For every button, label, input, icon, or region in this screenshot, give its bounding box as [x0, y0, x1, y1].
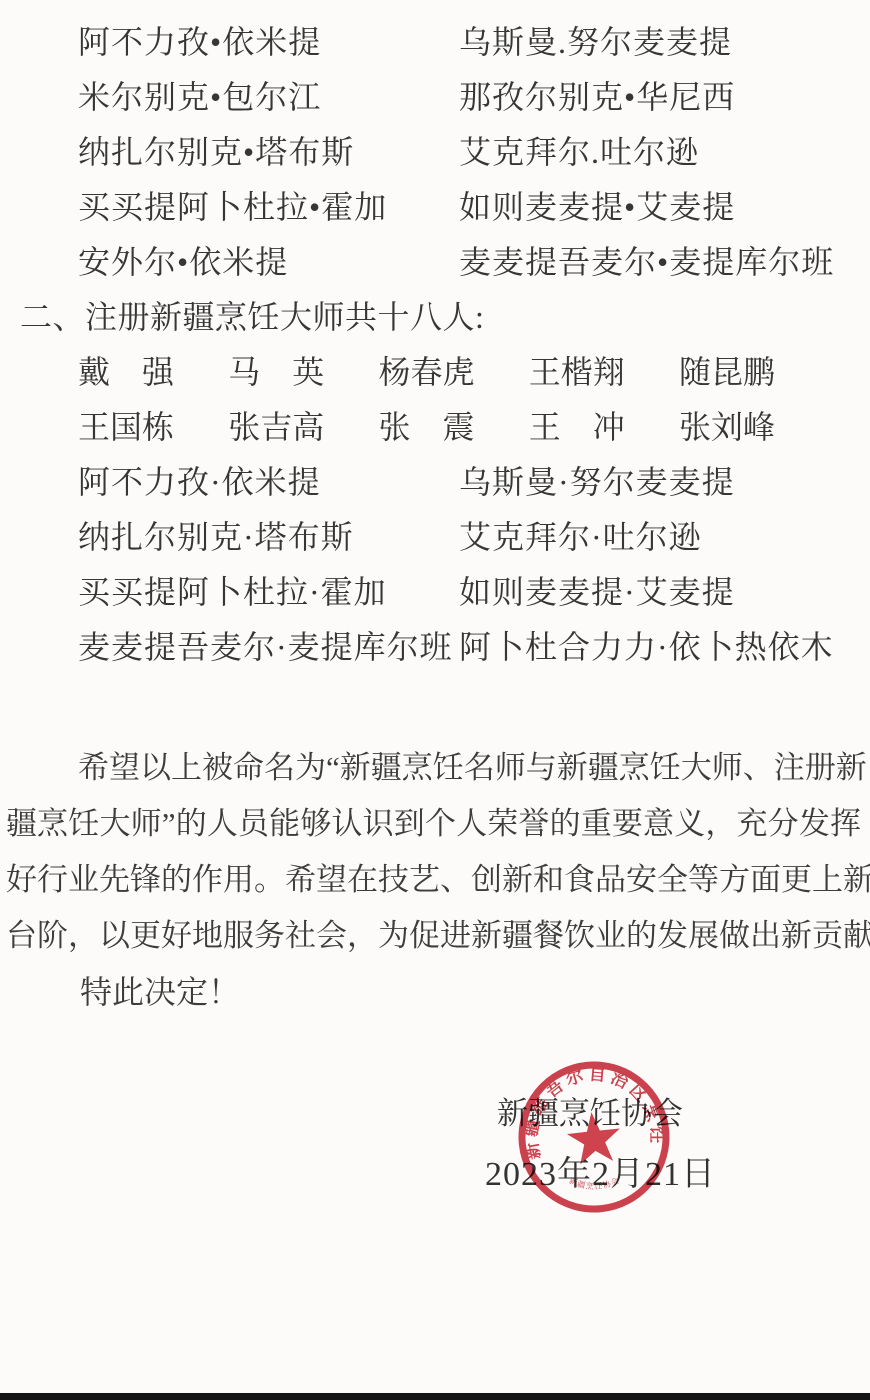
name-row: 阿不力孜·依米提 乌斯曼·努尔麦麦提: [0, 452, 870, 507]
name-cell: 买买提阿卜杜拉•霍加: [78, 182, 459, 228]
name-cell: 乌斯曼·努尔麦麦提: [459, 457, 870, 503]
star-icon: [565, 1109, 623, 1165]
name-cell: 艾克拜尔·吐尔逊: [459, 512, 870, 558]
name-row: 买买提阿卜杜拉•霍加 如则麦麦提•艾麦提: [0, 177, 870, 232]
name-cell: 买买提阿卜杜拉·霍加: [78, 567, 459, 613]
name-cell: 张刘峰: [679, 402, 775, 448]
name-cell: 阿不力孜·依米提: [78, 457, 459, 503]
name-row: 戴 强 马 英 杨春虎 王楷翔 随昆鹏: [78, 342, 775, 397]
name-row: 买买提阿卜杜拉·霍加 如则麦麦提·艾麦提: [0, 562, 870, 617]
name-cell: 随昆鹏: [679, 347, 775, 393]
name-cell: 安外尔•依米提: [78, 237, 459, 283]
name-cell: 王 冲: [529, 402, 625, 448]
name-row: 王国栋 张吉高 张 震 王 冲 张刘峰: [78, 397, 775, 452]
paragraph-line: 希望以上被命名为“新疆烹饪名师与新疆烹饪大师、注册新: [6, 740, 861, 796]
name-cell: 麦麦提吾麦尔•麦提库尔班: [459, 237, 870, 283]
paragraph-line: 好行业先锋的作用。希望在技艺、创新和食品安全等方面更上新: [6, 852, 861, 908]
name-cell: 纳扎尔别克·塔布斯: [78, 512, 459, 558]
name-cell: 乌斯曼.努尔麦麦提: [459, 17, 870, 63]
name-cell: 如则麦麦提·艾麦提: [459, 567, 870, 613]
name-cell: 马 英: [228, 347, 324, 393]
seal-stamp: 新疆维吾尔自治区烹饪协会 新疆烹饪协会: [501, 1044, 688, 1231]
name-cell: 张 震: [378, 402, 474, 448]
svg-text:新疆烹饪协会: 新疆烹饪协会: [567, 1170, 622, 1194]
name-cell: 阿卜杜合力力·依卜热依木: [459, 622, 870, 668]
name-cell: 麦麦提吾麦尔·麦提库尔班: [78, 622, 459, 668]
name-cell: 纳扎尔别克•塔布斯: [78, 127, 459, 173]
name-cell: 那孜尔别克•华尼西: [459, 72, 870, 118]
name-cell: 张吉高: [228, 402, 324, 448]
name-row: 阿不力孜•依米提 乌斯曼.努尔麦麦提: [0, 12, 870, 67]
section-heading: 二、注册新疆烹饪大师共十八人:: [0, 287, 870, 342]
name-cell: 如则麦麦提•艾麦提: [459, 182, 870, 228]
name-cell: 杨春虎: [378, 347, 474, 393]
name-cell: 戴 强: [78, 347, 174, 393]
paragraph-line: 疆烹饪大师”的人员能够认识到个人荣誉的重要意义，充分发挥: [6, 796, 861, 852]
name-row: 纳扎尔别克·塔布斯 艾克拜尔·吐尔逊: [0, 507, 870, 562]
name-row: 纳扎尔别克•塔布斯 艾克拜尔.吐尔逊: [0, 122, 870, 177]
body-paragraph: 希望以上被命名为“新疆烹饪名师与新疆烹饪大师、注册新 疆烹饪大师”的人员能够认识…: [0, 740, 870, 964]
bottom-scan-bar: [0, 1393, 870, 1400]
document-page: 阿不力孜•依米提 乌斯曼.努尔麦麦提 米尔别克•包尔江 那孜尔别克•华尼西 纳扎…: [0, 0, 870, 1400]
name-cell: 艾克拜尔.吐尔逊: [459, 127, 870, 173]
name-row: 米尔别克•包尔江 那孜尔别克•华尼西: [0, 67, 870, 122]
name-row: 麦麦提吾麦尔·麦提库尔班 阿卜杜合力力·依卜热依木: [0, 617, 870, 672]
name-cell: 阿不力孜•依米提: [78, 17, 459, 63]
closing-text: 特此决定！: [0, 964, 870, 1020]
name-row: 安外尔•依米提 麦麦提吾麦尔•麦提库尔班: [0, 232, 870, 287]
stamp-bottom-text: 新疆烹饪协会: [567, 1170, 622, 1194]
name-cell: 王楷翔: [529, 347, 625, 393]
name-cell: 米尔别克•包尔江: [78, 72, 459, 118]
paragraph-line: 台阶，以更好地服务社会，为促进新疆餐饮业的发展做出新贡献。: [6, 908, 861, 964]
name-cell: 王国栋: [78, 402, 174, 448]
